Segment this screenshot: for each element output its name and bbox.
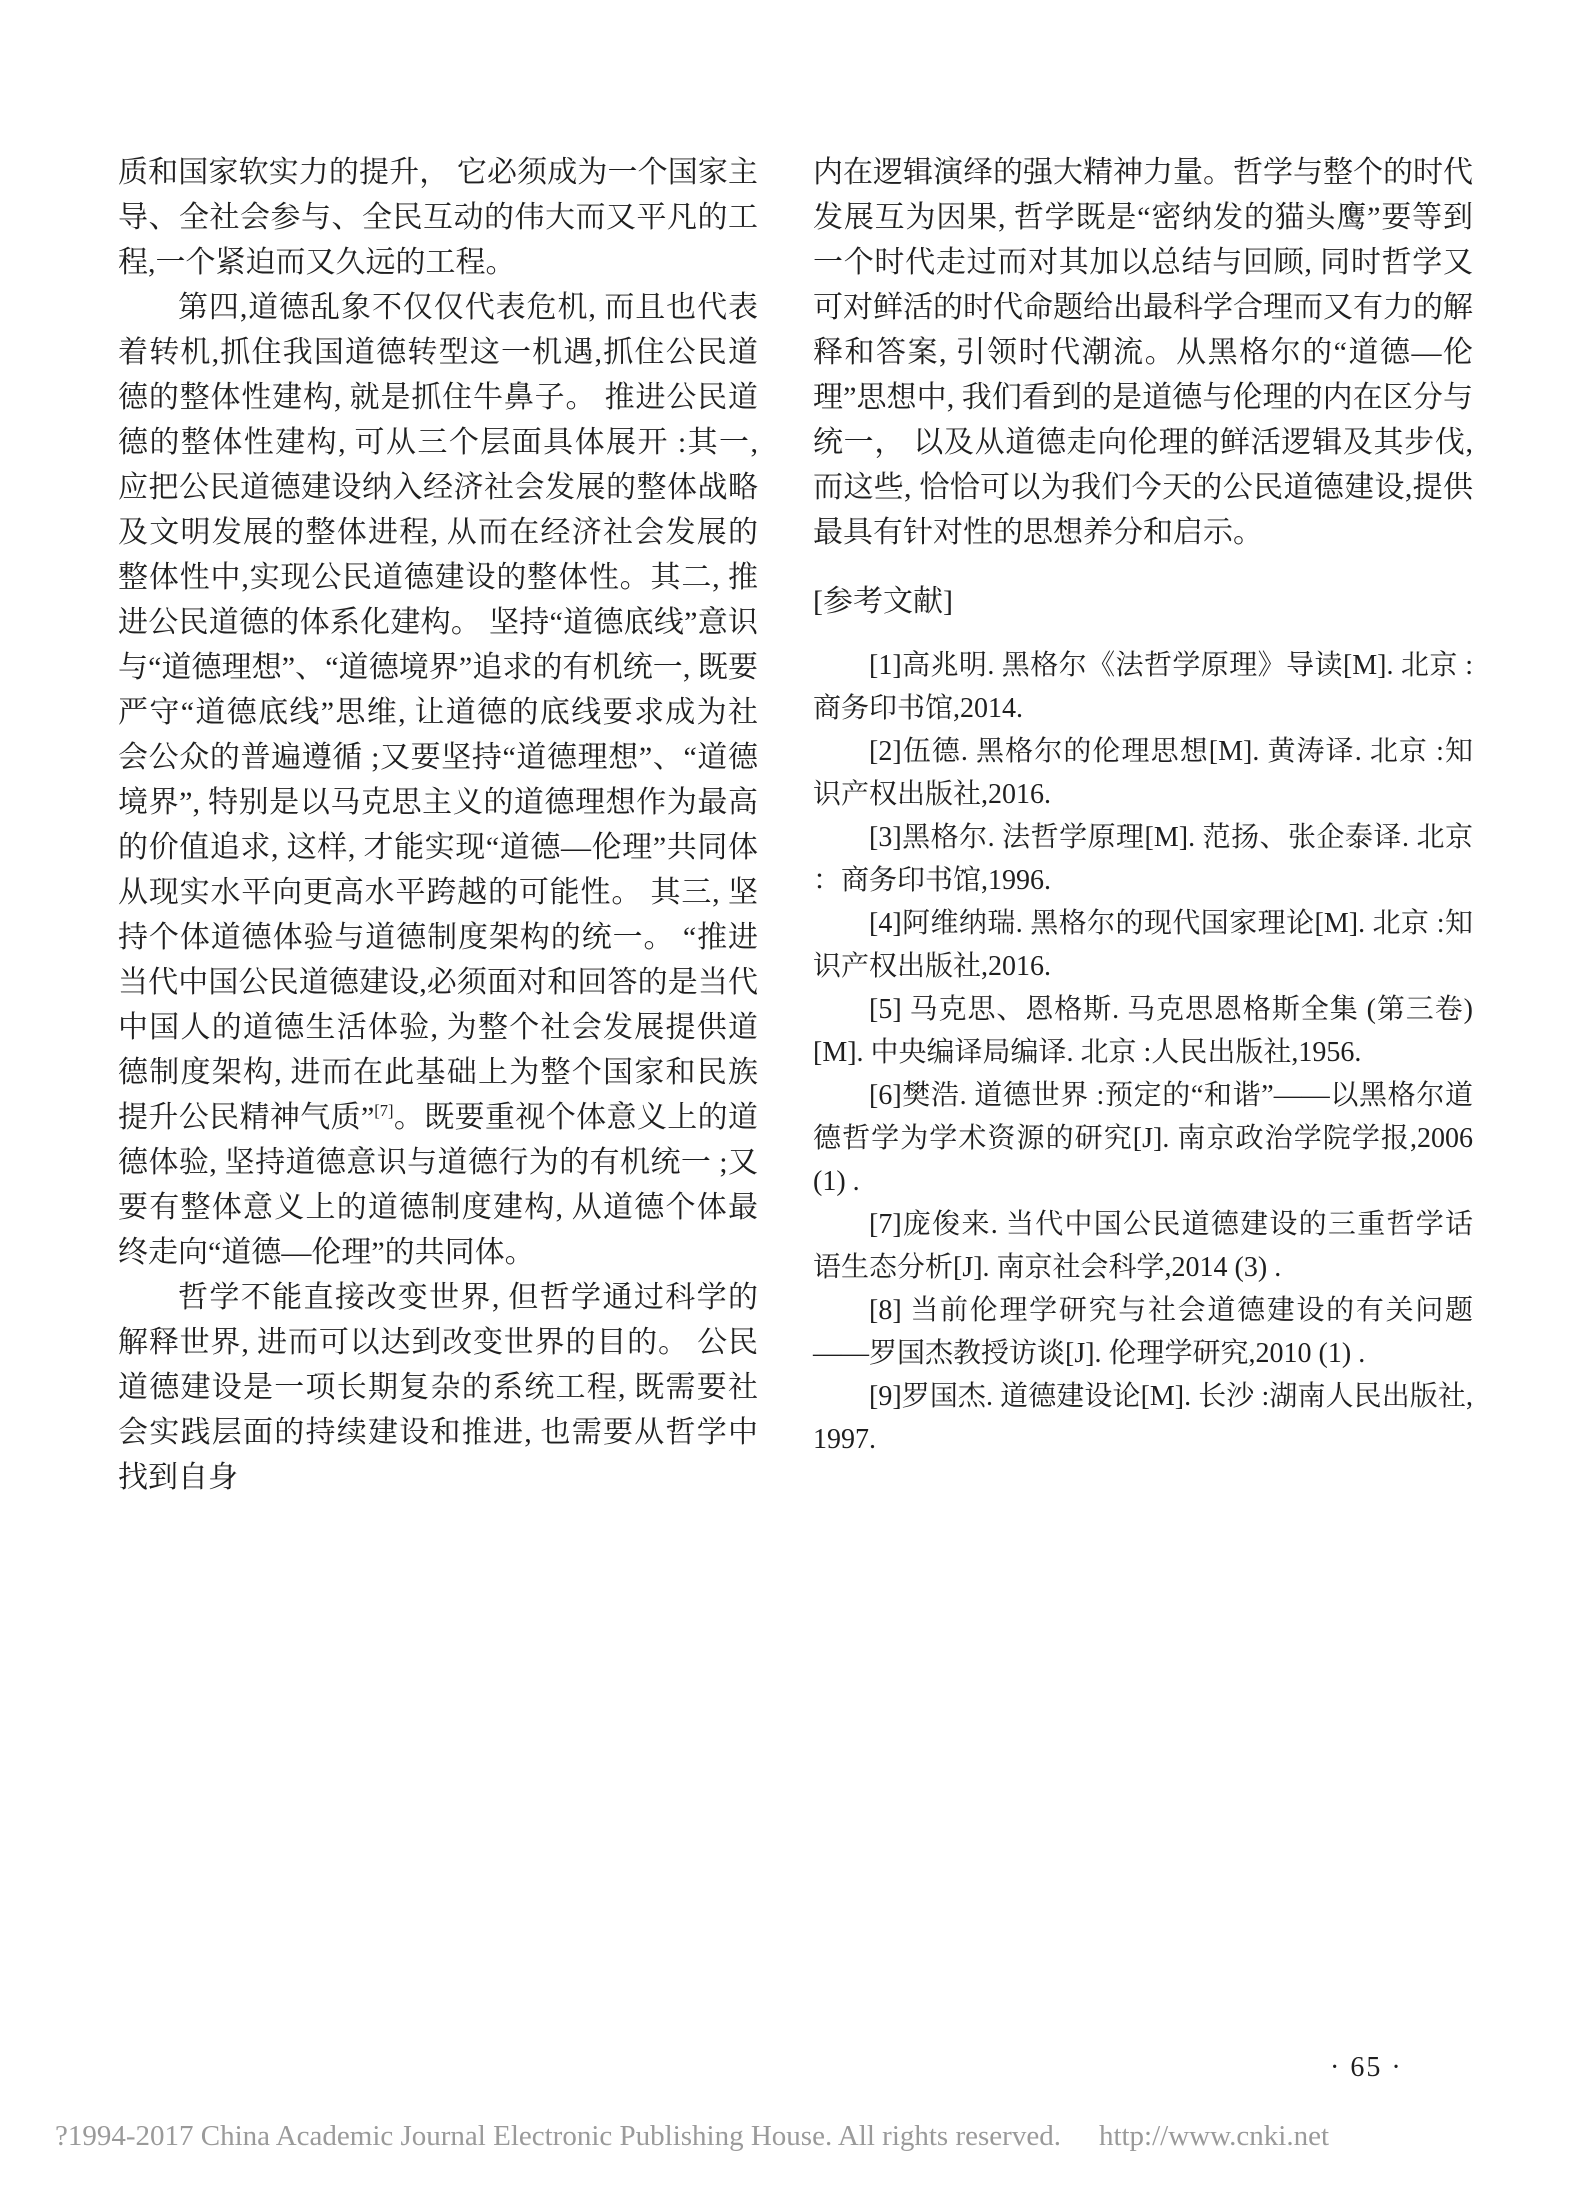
footer-copyright-bar: ?1994-2017 China Academic Journal Electr…	[55, 2120, 1515, 2153]
page-number: · 65 ·	[1330, 2052, 1403, 2084]
reference-item: [8] 当前伦理学研究与社会道德建设的有关问题——罗国杰教授访谈[J]. 伦理学…	[813, 1289, 1473, 1375]
reference-item: [3]黑格尔. 法哲学原理[M]. 范扬、张企泰译. 北京 ：商务印书馆,199…	[813, 816, 1473, 902]
reference-item: [7]庞俊来. 当代中国公民道德建设的三重哲学话语生态分析[J]. 南京社会科学…	[813, 1203, 1473, 1289]
journal-page: 质和国家软实力的提升， 它必须成为一个国家主导、全社会参与、全民互动的伟大而又平…	[0, 0, 1575, 2205]
cnki-url-text: http://www.cnki.net	[1099, 2120, 1329, 2152]
left-text-column: 质和国家软实力的提升， 它必须成为一个国家主导、全社会参与、全民互动的伟大而又平…	[118, 150, 758, 1500]
reference-item: [2]伍德. 黑格尔的伦理思想[M]. 黄涛译. 北京 :知识产权出版社,201…	[813, 730, 1473, 816]
reference-item: [9]罗国杰. 道德建设论[M]. 长沙 :湖南人民出版社,1997.	[813, 1375, 1473, 1461]
reference-item: [4]阿维纳瑞. 黑格尔的现代国家理论[M]. 北京 :知识产权出版社,2016…	[813, 902, 1473, 988]
right-text-column: 内在逻辑演绎的强大精神力量。哲学与整个的时代发展互为因果, 哲学既是“密纳发的猫…	[813, 150, 1473, 1461]
body-paragraph: 哲学不能直接改变世界, 但哲学通过科学的解释世界, 进而可以达到改变世界的目的。…	[118, 1275, 758, 1500]
reference-item: [6]樊浩. 道德世界 :预定的“和谐”——以黑格尔道德哲学为学术资源的研究[J…	[813, 1074, 1473, 1203]
reference-item: [5] 马克思、恩格斯. 马克思恩格斯全集 (第三卷)[M]. 中央编译局编译.…	[813, 988, 1473, 1074]
citation-marker: [7]	[374, 1101, 393, 1120]
copyright-text: ?1994-2017 China Academic Journal Electr…	[55, 2120, 1061, 2152]
paragraph-text: 第四,道德乱象不仅仅代表危机, 而且也代表着转机,抓住我国道德转型这一机遇,抓住…	[118, 291, 758, 1134]
body-paragraph-continued: 质和国家软实力的提升， 它必须成为一个国家主导、全社会参与、全民互动的伟大而又平…	[118, 150, 758, 285]
reference-item: [1]高兆明. 黑格尔《法哲学原理》导读[M]. 北京 :商务印书馆,2014.	[813, 644, 1473, 730]
references-list: [1]高兆明. 黑格尔《法哲学原理》导读[M]. 北京 :商务印书馆,2014.…	[813, 644, 1473, 1461]
body-paragraph: 第四,道德乱象不仅仅代表危机, 而且也代表着转机,抓住我国道德转型这一机遇,抓住…	[118, 285, 758, 1275]
body-paragraph-continued: 内在逻辑演绎的强大精神力量。哲学与整个的时代发展互为因果, 哲学既是“密纳发的猫…	[813, 150, 1473, 555]
references-heading: [参考文献]	[813, 579, 1473, 624]
